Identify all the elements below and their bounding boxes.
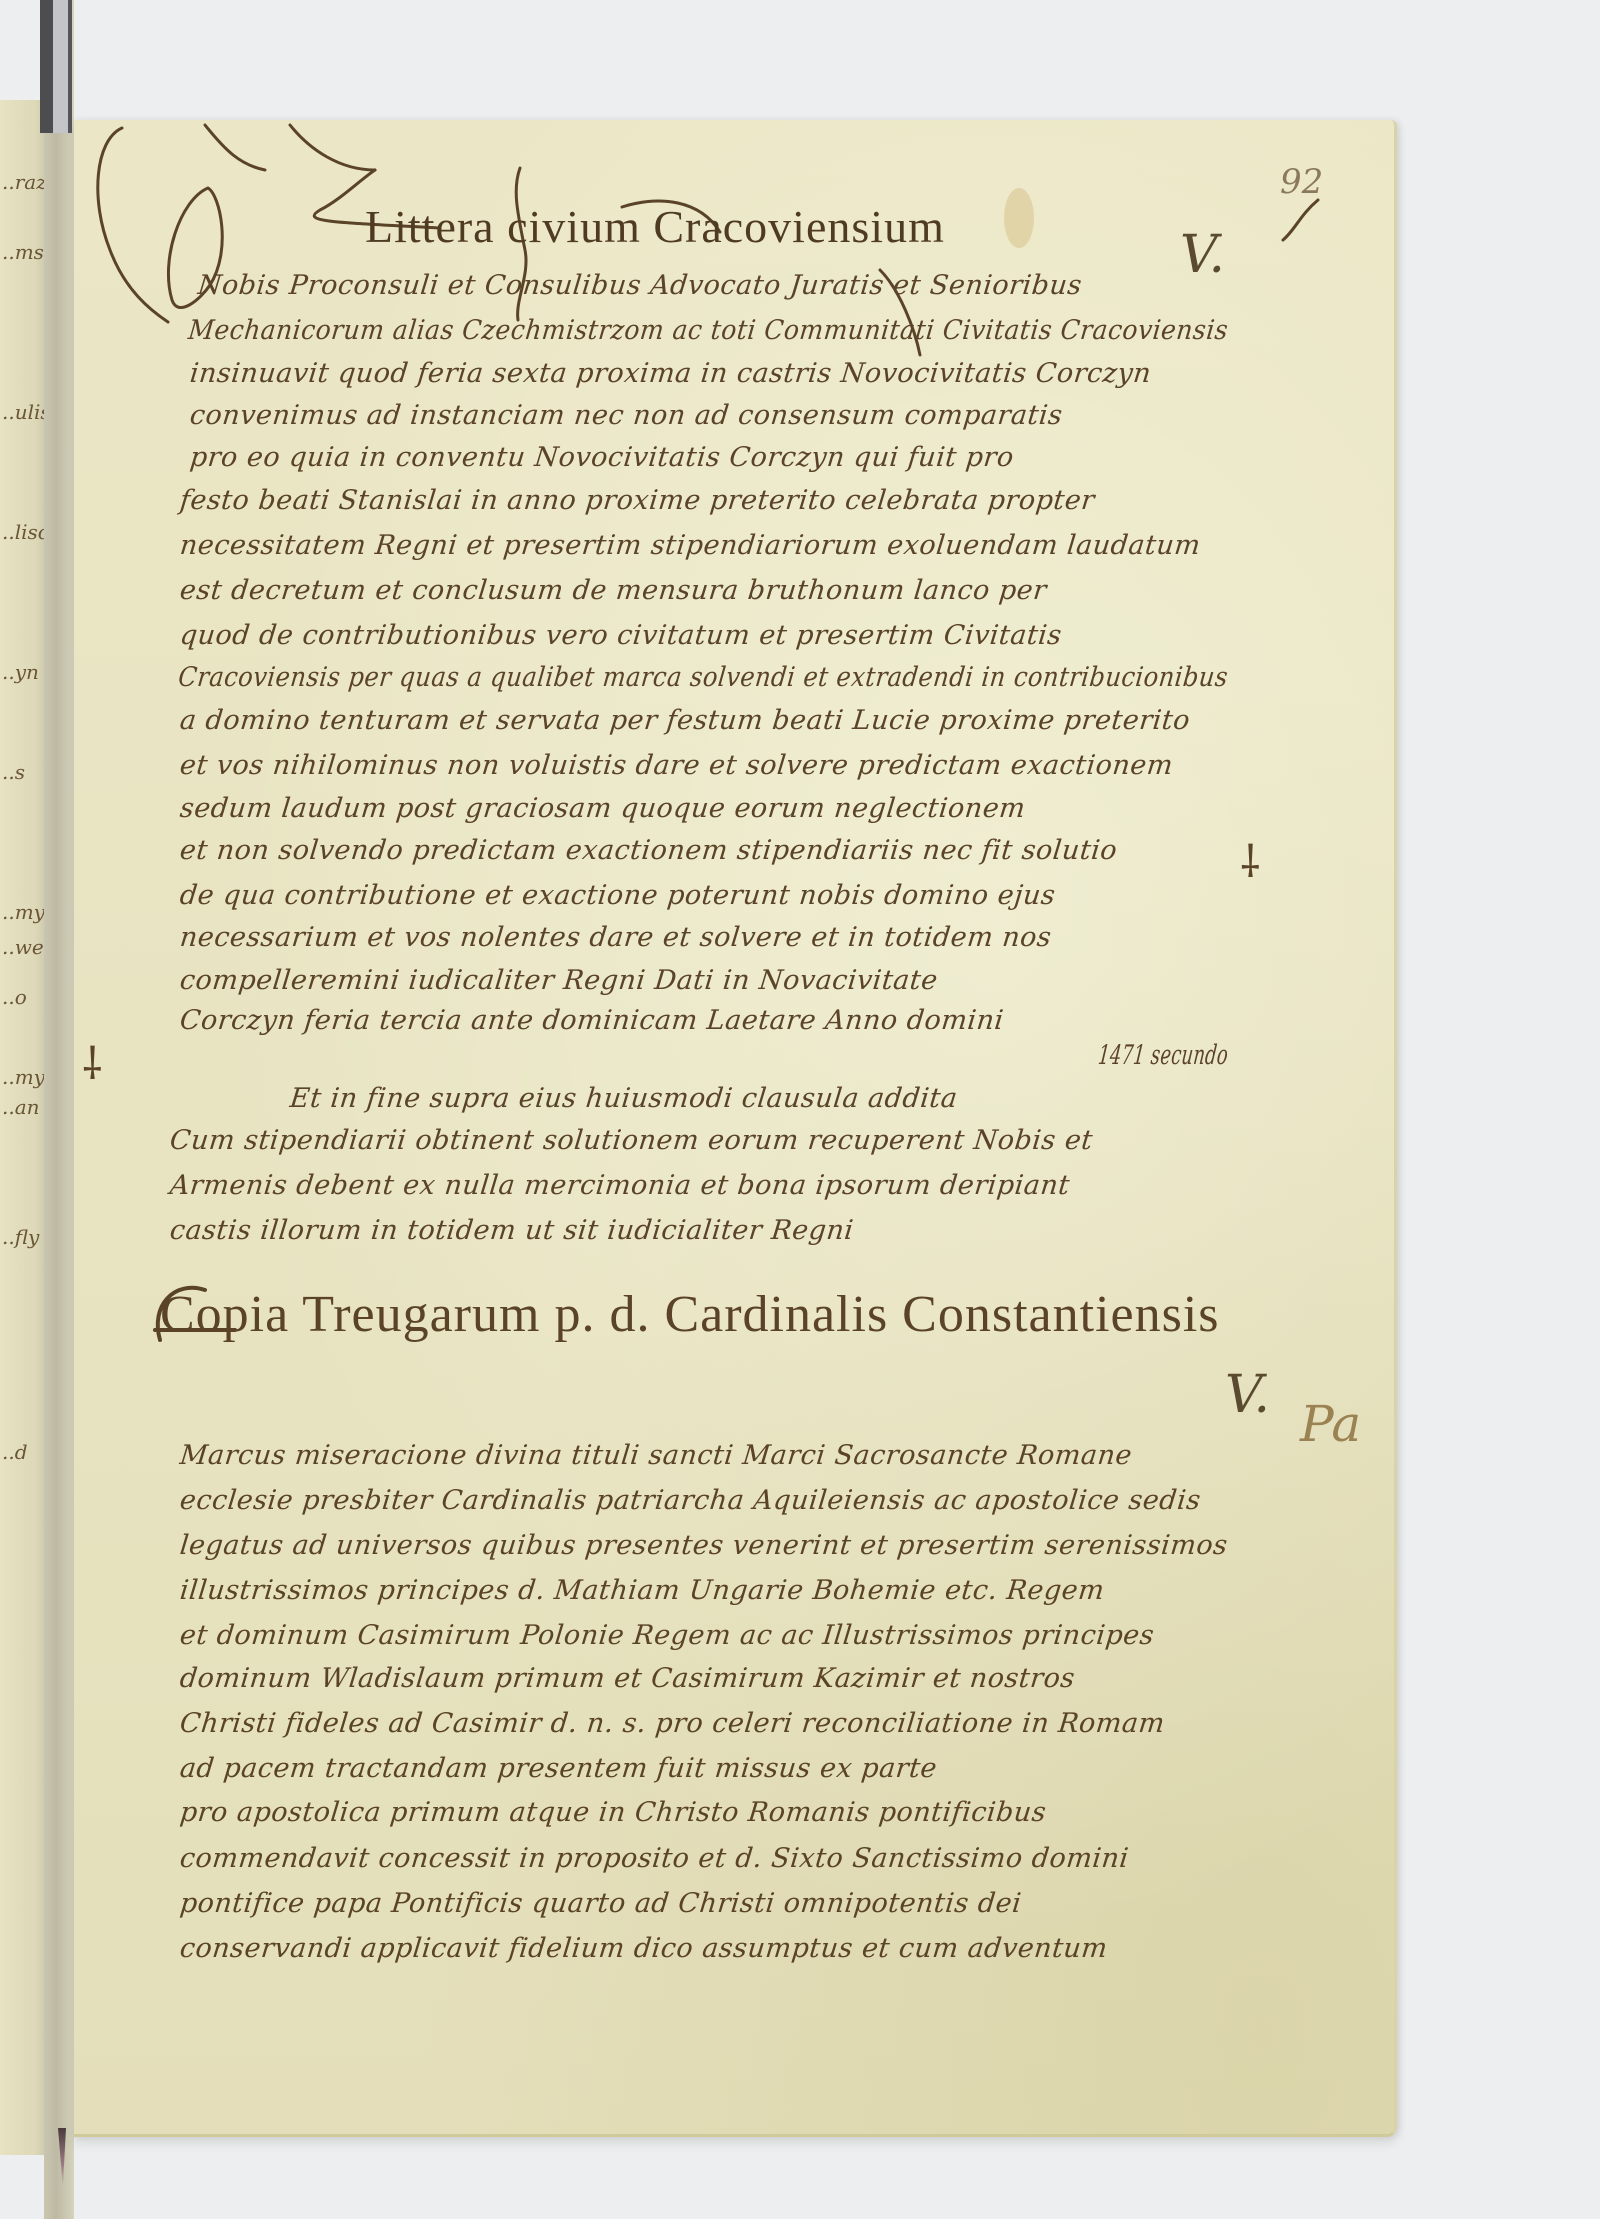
text-line: et dominum Casimirum Polonie Regem ac ac… (178, 1620, 1155, 1651)
text-line: pontifice papa Pontificis quarto ad Chri… (178, 1888, 1023, 1919)
margin-mark: V. (1180, 225, 1225, 285)
text-line: Cracoviensis per quas a qualibet marca s… (177, 662, 1230, 693)
margin-mark: V. (1225, 1365, 1270, 1425)
text-line: illustrissimos principes d. Mathiam Unga… (178, 1575, 1106, 1606)
folio-number: 92 (1280, 162, 1323, 202)
left-margin-cross-icon: ⸸ (82, 1032, 103, 1092)
text-line: necessitatem Regni et presertim stipendi… (178, 530, 1202, 561)
text-line: sedum laudum post graciosam quoque eorum… (178, 793, 1027, 824)
text-line: legatus ad universos quibus presentes ve… (178, 1530, 1229, 1561)
text-line: festo beati Stanislai in anno proxime pr… (178, 485, 1096, 516)
text-line: pro apostolica primum atque in Christo R… (178, 1797, 1047, 1828)
text-line: Corczyn feria tercia ante dominicam Laet… (178, 1005, 1005, 1036)
text-line: necessarium et vos nolentes dare et solv… (178, 922, 1053, 953)
text-line: compelleremini iudicaliter Regni Dati in… (178, 965, 939, 996)
text-line: convenimus ad instanciam nec non ad cons… (188, 400, 1064, 431)
text-line: et vos nihilominus non voluistis dare et… (178, 750, 1174, 781)
text-line: et non solvendo predictam exactionem sti… (178, 835, 1118, 866)
text-line: 1471 secundo (1097, 1040, 1230, 1071)
text-line: Marcus miseracione divina tituli sancti … (178, 1440, 1133, 1471)
text-line: est decretum et conclusum de mensura bru… (178, 575, 1048, 606)
text-line: castis illorum in totidem ut sit iudicia… (168, 1215, 855, 1246)
text-line: commendavit concessit in proposito et d.… (178, 1843, 1130, 1874)
text-line: Armenis debent ex nulla mercimonia et bo… (168, 1170, 1071, 1201)
text-line: de qua contributione et exactione poteru… (178, 880, 1057, 911)
text-line: a domino tenturam et servata per festum … (178, 705, 1191, 736)
section-heading: Copia Treugarum p. d. Cardinalis Constan… (160, 1285, 1220, 1344)
text-line: quod de contributionibus vero civitatum … (178, 620, 1063, 651)
text-line: insinuavit quod feria sexta proxima in c… (188, 358, 1152, 389)
addendum-intro: Et in fine supra eius huiusmodi clausula… (288, 1083, 959, 1114)
text-line: Nobis Proconsuli et Consulibus Advocato … (196, 270, 1083, 301)
text-line: ecclesie presbiter Cardinalis patriarcha… (178, 1485, 1202, 1516)
text-line: pro eo quia in conventu Novocivitatis Co… (188, 442, 1015, 473)
text-line: ad pacem tractandam presentem fuit missu… (178, 1753, 938, 1784)
right-margin-cross-icon: ⸸ (1240, 830, 1261, 890)
section-title: Littera civium Cracoviensium (365, 200, 945, 253)
text-line: Cum stipendiarii obtinent solutionem eor… (168, 1125, 1094, 1156)
margin-note: Pa (1300, 1395, 1361, 1453)
text-line: Christi fideles ad Casimir d. n. s. pro … (178, 1708, 1166, 1739)
text-line: conservandi applicavit fidelium dico ass… (178, 1933, 1109, 1964)
text-line: Mechanicorum alias Czechmistrzom ac toti… (187, 315, 1230, 346)
text-line: dominum Wladislaum primum et Casimirum K… (178, 1663, 1076, 1694)
